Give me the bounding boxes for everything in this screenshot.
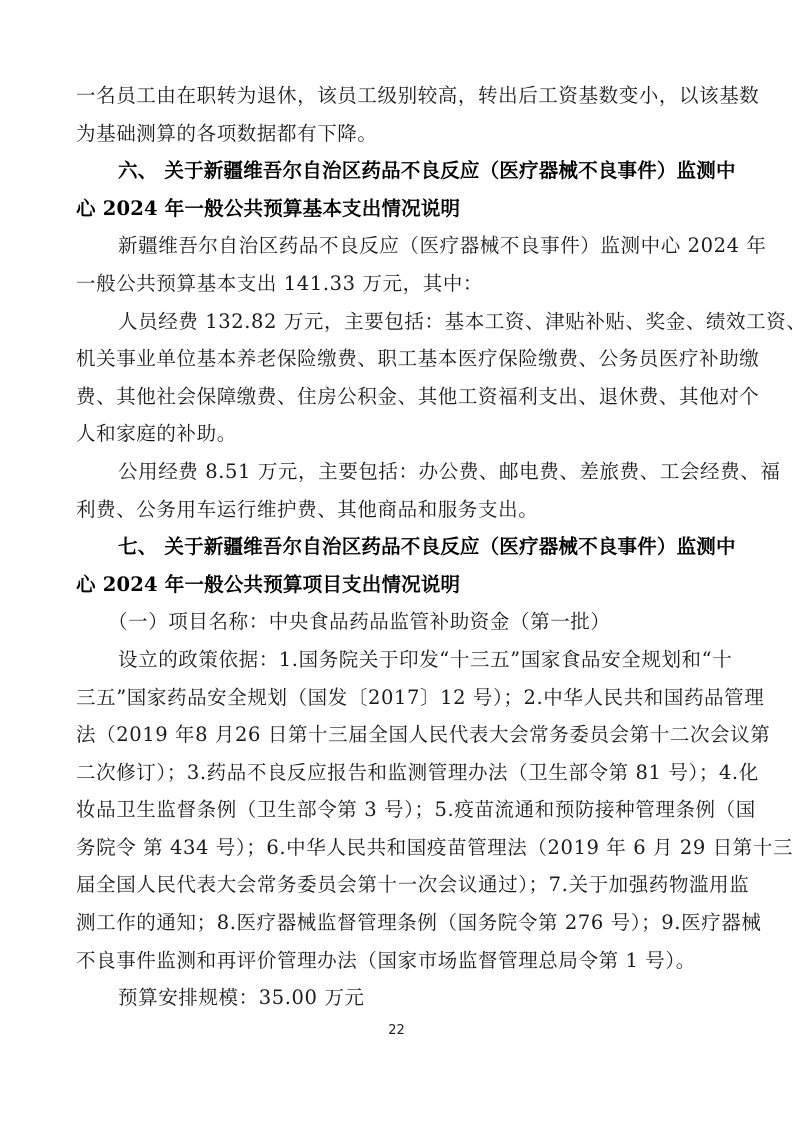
document-page: 一名员工由在职转为退休，该员工级别较高，转出后工资基数变小，以该基数 为基础测算…: [76, 77, 720, 1017]
section-7-heading-cont: 心 2024 年一般公共预算项目支出情况说明: [76, 566, 720, 604]
project-title: （一）项目名称：中央食品药品监管补助资金（第一批）: [76, 603, 720, 641]
paragraph-line: 一般公共预算基本支出 141.33 万元，其中：: [76, 265, 720, 303]
paragraph-line: 机关事业单位基本养老保险缴费、职工基本医疗保险缴费、公务员医疗补助缴: [76, 340, 720, 378]
page-number: 22: [0, 1023, 793, 1038]
policy-line: 二次修订）；3.药品不良反应报告和监测管理办法（卫生部令第 81 号）；4.化: [76, 754, 720, 792]
policy-line: 测工作的通知；8.医疗器械监督管理条例（国务院令第 276 号）；9.医疗器械: [76, 904, 720, 942]
policy-line: 妆品卫生监督条例（卫生部令第 3 号）；5.疫苗流通和预防接种管理条例（国: [76, 791, 720, 829]
budget-scale: 预算安排规模：35.00 万元: [76, 979, 720, 1017]
paragraph-line: 人员经费 132.82 万元，主要包括：基本工资、津贴补贴、奖金、绩效工资、: [76, 303, 720, 341]
policy-line: 届全国人民代表大会常务委员会第十一次会议通过）；7.关于加强药物滥用监: [76, 866, 720, 904]
text-line: 为基础测算的各项数据都有下降。: [76, 115, 720, 153]
paragraph-line: 人和家庭的补助。: [76, 415, 720, 453]
section-6-heading: 六、 关于新疆维吾尔自治区药品不良反应（医疗器械不良事件）监测中: [76, 152, 720, 190]
paragraph-line: 公用经费 8.51 万元，主要包括：办公费、邮电费、差旅费、工会经费、福: [76, 453, 720, 491]
policy-line: 务院令 第 434 号）；6.中华人民共和国疫苗管理法（2019 年 6 月 2…: [76, 829, 720, 867]
paragraph-line: 利费、公务用车运行维护费、其他商品和服务支出。: [76, 491, 720, 529]
policy-line: 三五”国家药品安全规划（国发〔2017〕12 号）；2.中华人民共和国药品管理: [76, 679, 720, 717]
section-7-heading: 七、 关于新疆维吾尔自治区药品不良反应（医疗器械不良事件）监测中: [76, 528, 720, 566]
text-line: 一名员工由在职转为退休，该员工级别较高，转出后工资基数变小，以该基数: [76, 77, 720, 115]
section-6-heading-cont: 心 2024 年一般公共预算基本支出情况说明: [76, 190, 720, 228]
policy-line: 法（2019 年8 月26 日第十三届全国人民代表大会常务委员会第十二次会议第: [76, 716, 720, 754]
policy-line: 不良事件监测和再评价管理办法（国家市场监督管理总局令第 1 号）。: [76, 942, 720, 980]
paragraph-line: 新疆维吾尔自治区药品不良反应（医疗器械不良事件）监测中心 2024 年: [76, 227, 720, 265]
policy-line: 设立的政策依据：1.国务院关于印发“十三五”国家食品安全规划和“十: [76, 641, 720, 679]
paragraph-line: 费、其他社会保障缴费、住房公积金、其他工资福利支出、退休费、其他对个: [76, 378, 720, 416]
